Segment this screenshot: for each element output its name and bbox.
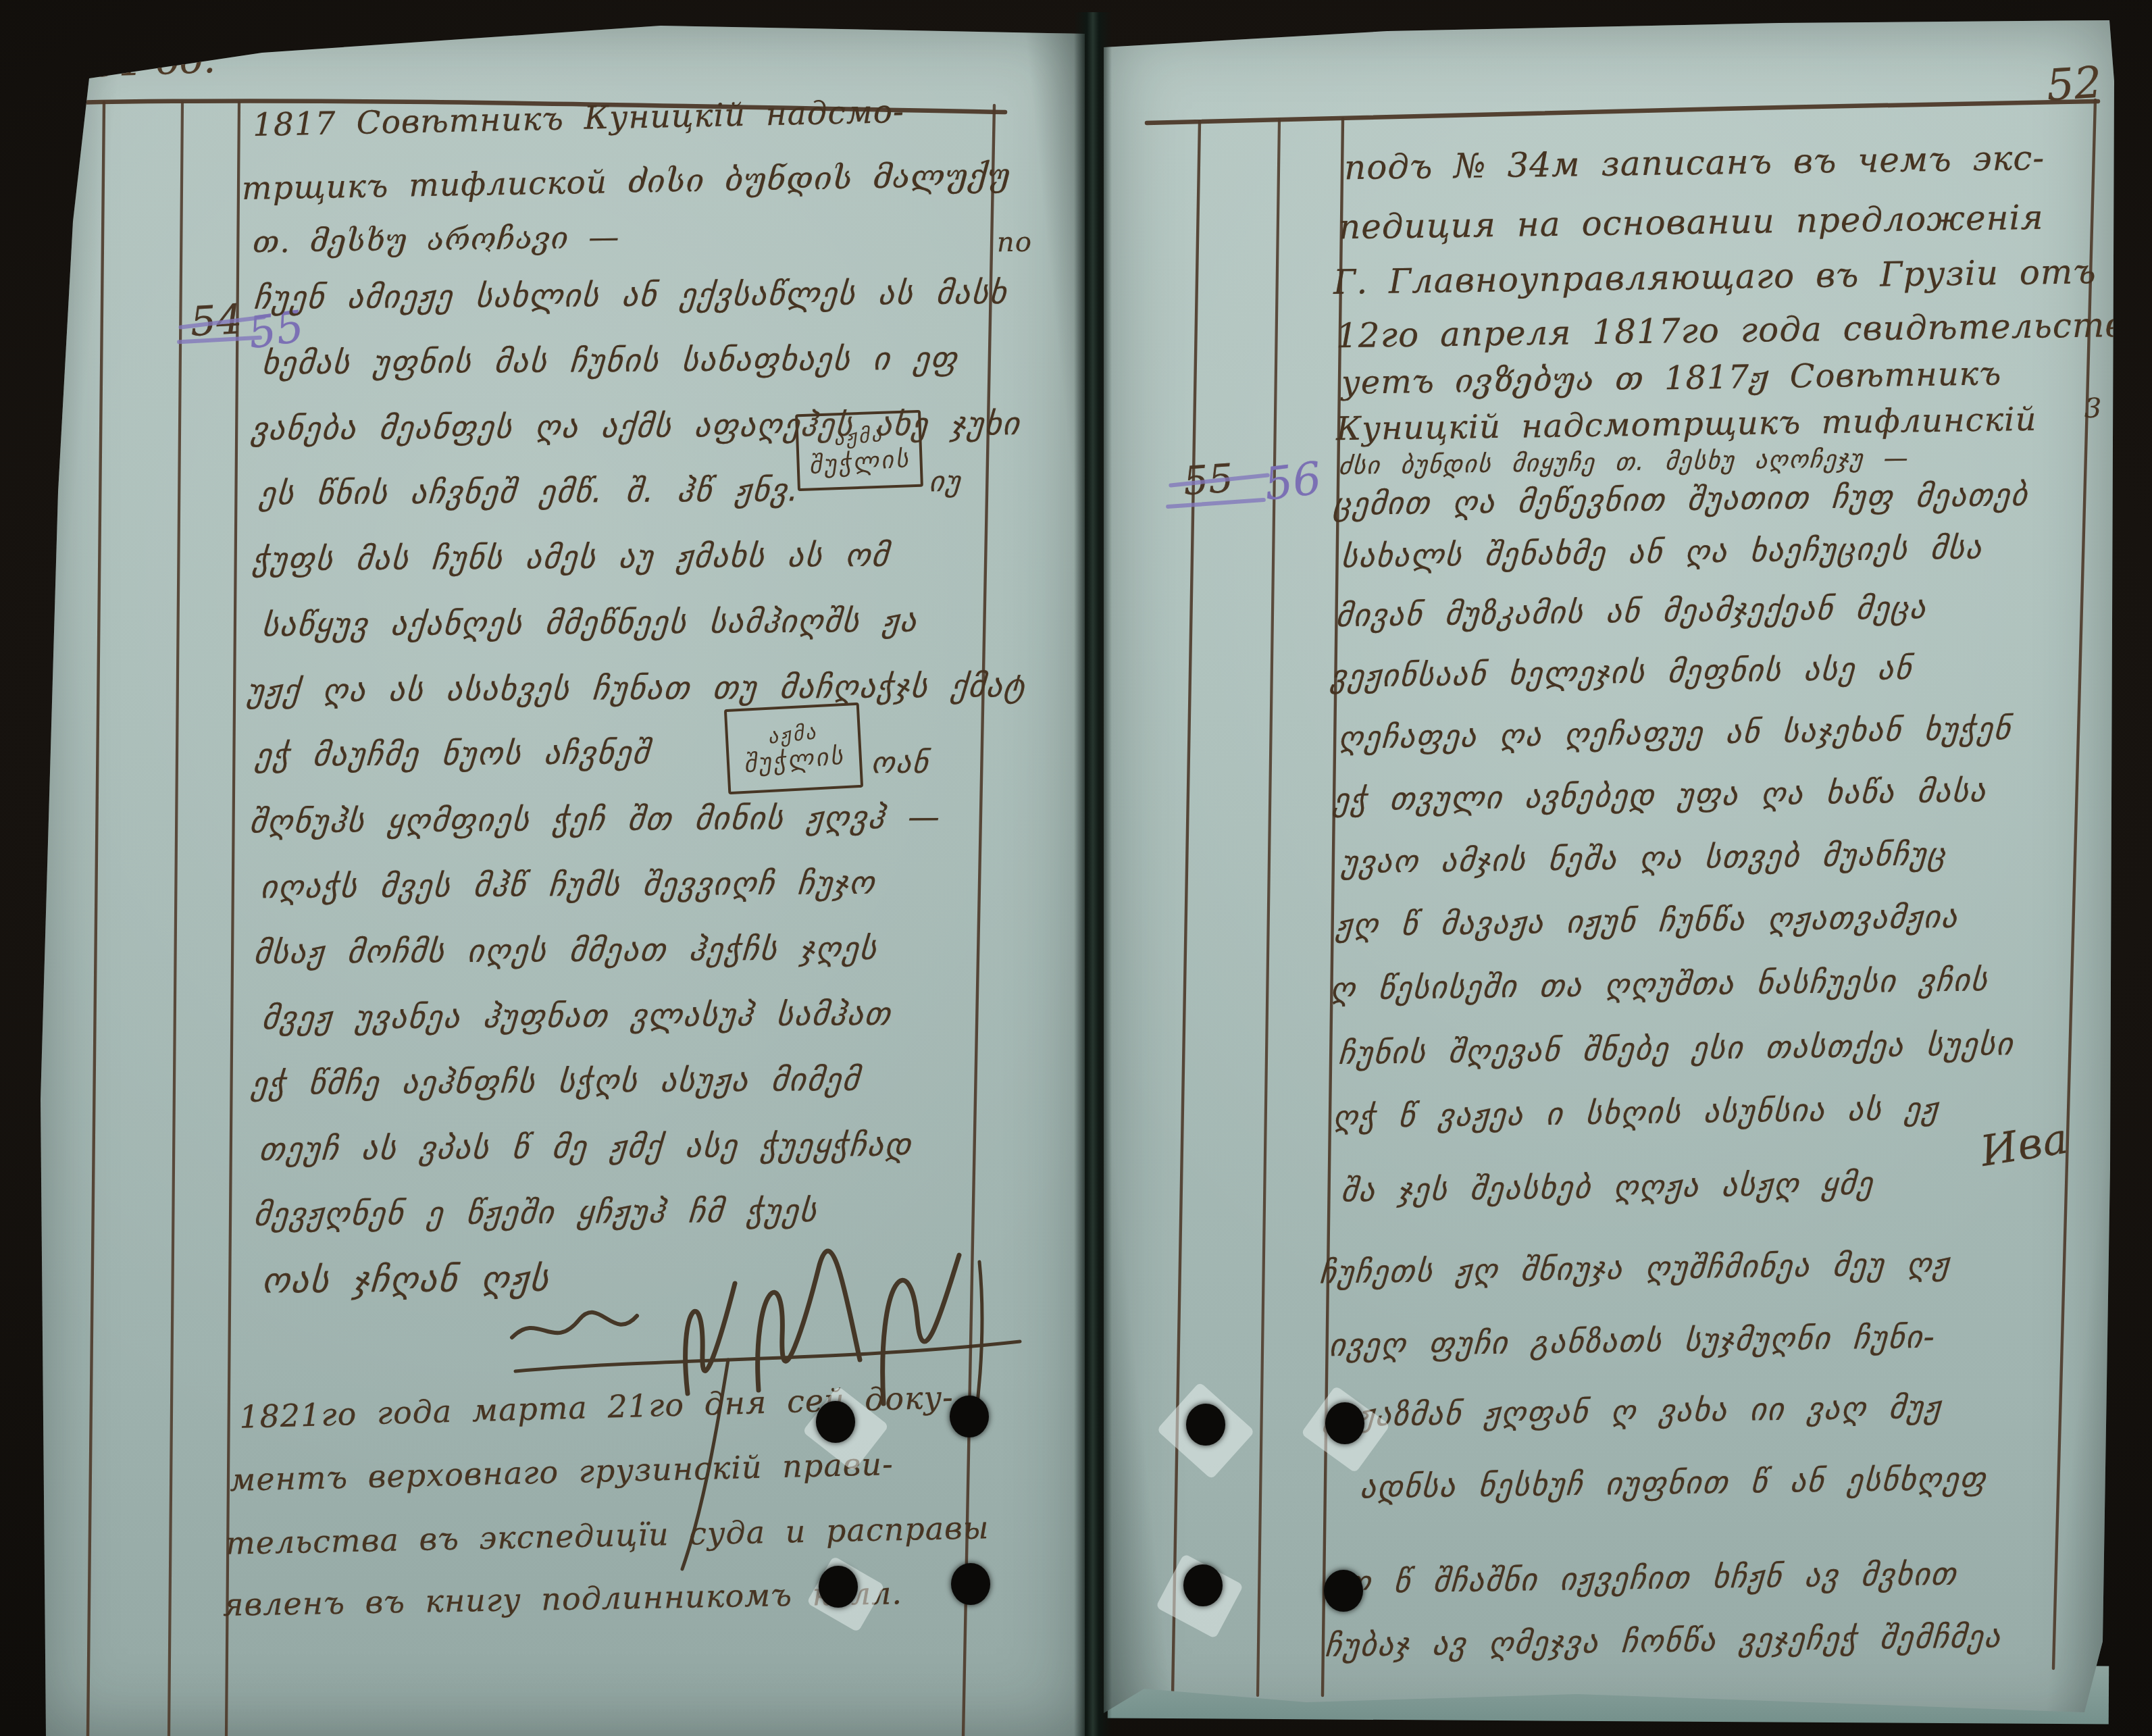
- punch-hole: [950, 1396, 989, 1437]
- punch-hole: [1325, 1402, 1364, 1444]
- book-gutter: [1074, 12, 1112, 1736]
- punch-hole: [1186, 1404, 1225, 1446]
- left-page: 51 об. 54 55 по 1817 Совѣтникъ Куницкій …: [39, 19, 1085, 1736]
- manuscript-line: შა ჯეს შეასხებ ღღჟა ასჟღ ყმე: [1340, 1165, 1875, 1208]
- punch-hole: [819, 1566, 858, 1608]
- punch-hole: [951, 1563, 990, 1605]
- folio-number-right: 52: [2045, 57, 2103, 111]
- punch-hole: [1324, 1570, 1363, 1612]
- margin-number-renumbered-right: 56: [1262, 452, 1325, 511]
- right-page: 52 55 56 3 Ива подъ № 34м записанъ въ че…: [1104, 20, 2114, 1736]
- book-scan: 51 об. 54 55 по 1817 Совѣтникъ Куницкій …: [0, 0, 2152, 1736]
- punch-hole: [1183, 1564, 1223, 1606]
- punch-hole: [816, 1401, 855, 1443]
- superscript-note: 3: [2084, 393, 2103, 424]
